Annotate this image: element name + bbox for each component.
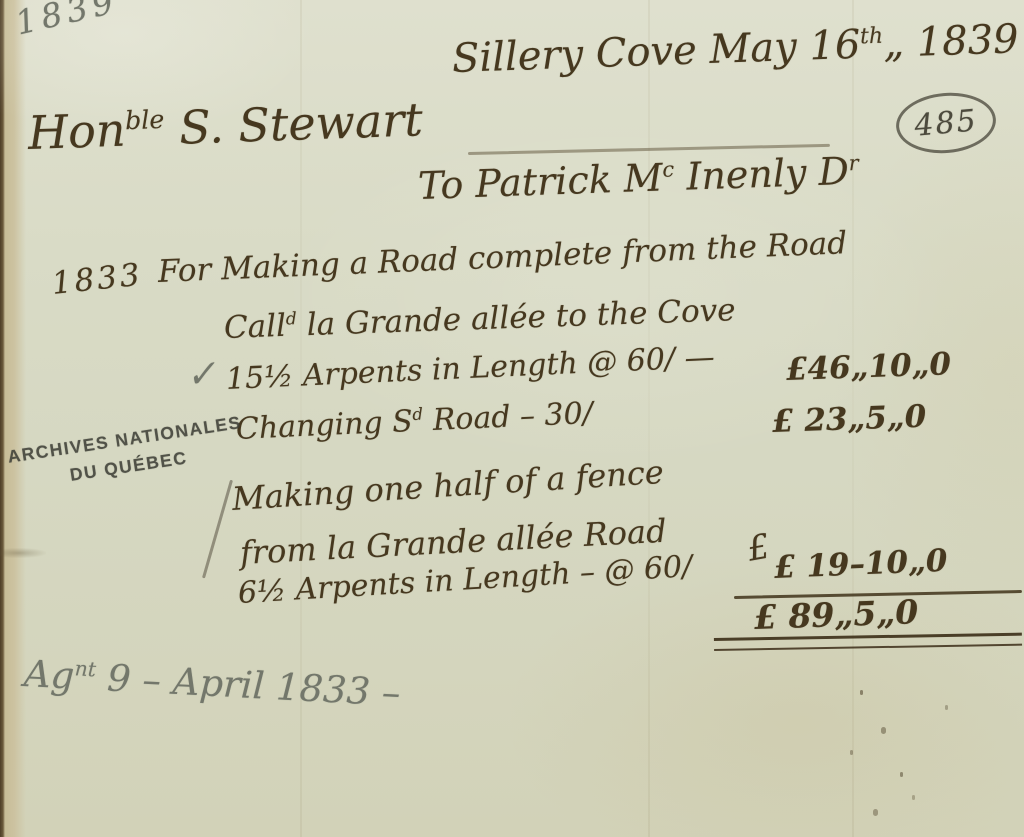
ledger-total-amount: £ 89„5„0 — [753, 592, 919, 637]
ledger-line-4-amount: £ 23„5„0 — [771, 399, 926, 440]
line4-text: Changing S — [235, 404, 413, 447]
line2-superscript: d — [285, 309, 297, 329]
debit-line: To Patrick Mc Inenly Dr — [417, 149, 859, 208]
debit-name: To Patrick M — [417, 155, 663, 208]
ink-specks — [860, 690, 863, 695]
dateline-year: „ 1839 — [883, 16, 1020, 67]
archives-stamp: ARCHIVES NATIONALES DU QUÉBEC — [4, 409, 249, 498]
paper-crease — [648, 0, 650, 837]
addressee-title-superscript: ble — [125, 105, 165, 135]
ledger-line-3-amount: £46„10„0 — [785, 346, 951, 388]
pencil-note: Agnt 9 – April 1833 – — [23, 652, 402, 715]
folio-number-badge: 485 — [894, 89, 999, 157]
pencil-slash-mark — [202, 480, 233, 579]
manuscript-page: 1839 Sillery Cove May 16th„ 1839 485 Hon… — [0, 0, 1024, 837]
pencil-note-date: 9 – April 1833 – — [94, 656, 401, 715]
ledger-year: 1833 — [50, 257, 144, 302]
ledger-line-7-amount: £ 19–10„0 — [773, 543, 948, 586]
ink-smudge — [0, 548, 46, 558]
folio-number: 485 — [913, 103, 979, 143]
addressee-line: Honble S. Stewart — [27, 92, 424, 160]
dateline: Sillery Cove May 16th„ 1839 — [451, 16, 1019, 82]
ledger-line-4: Changing Sd Road – 30/ — [235, 396, 593, 447]
debit-dr-superscript: r — [848, 151, 859, 175]
line2-text-cont: la Grande allée to the Cove — [296, 292, 736, 343]
dateline-superscript: th — [860, 24, 884, 50]
addressee-name: S. Stewart — [164, 92, 424, 155]
ledger-line-5: Making one half of a fence — [231, 453, 665, 518]
ledger-line-6-currency-sign: £ — [745, 527, 773, 570]
debit-surname: Inenly D — [674, 149, 850, 199]
ledger-line-3: 15½ Arpents in Length @ 60/ — — [225, 340, 715, 397]
check-mark: ✓ — [184, 353, 218, 397]
pencil-year-annotation: 1839 — [12, 0, 122, 43]
addressee-title: Hon — [27, 103, 126, 160]
dateline-text: Sillery Cove May 16 — [451, 22, 861, 82]
ledger-line-1: For Making a Road complete from the Road — [157, 225, 848, 290]
pencil-note-superscript: nt — [74, 656, 97, 681]
line2-text: Call — [223, 308, 286, 346]
pencil-note-text: Ag — [23, 652, 76, 698]
line4-text-cont: Road – 30/ — [422, 396, 593, 439]
